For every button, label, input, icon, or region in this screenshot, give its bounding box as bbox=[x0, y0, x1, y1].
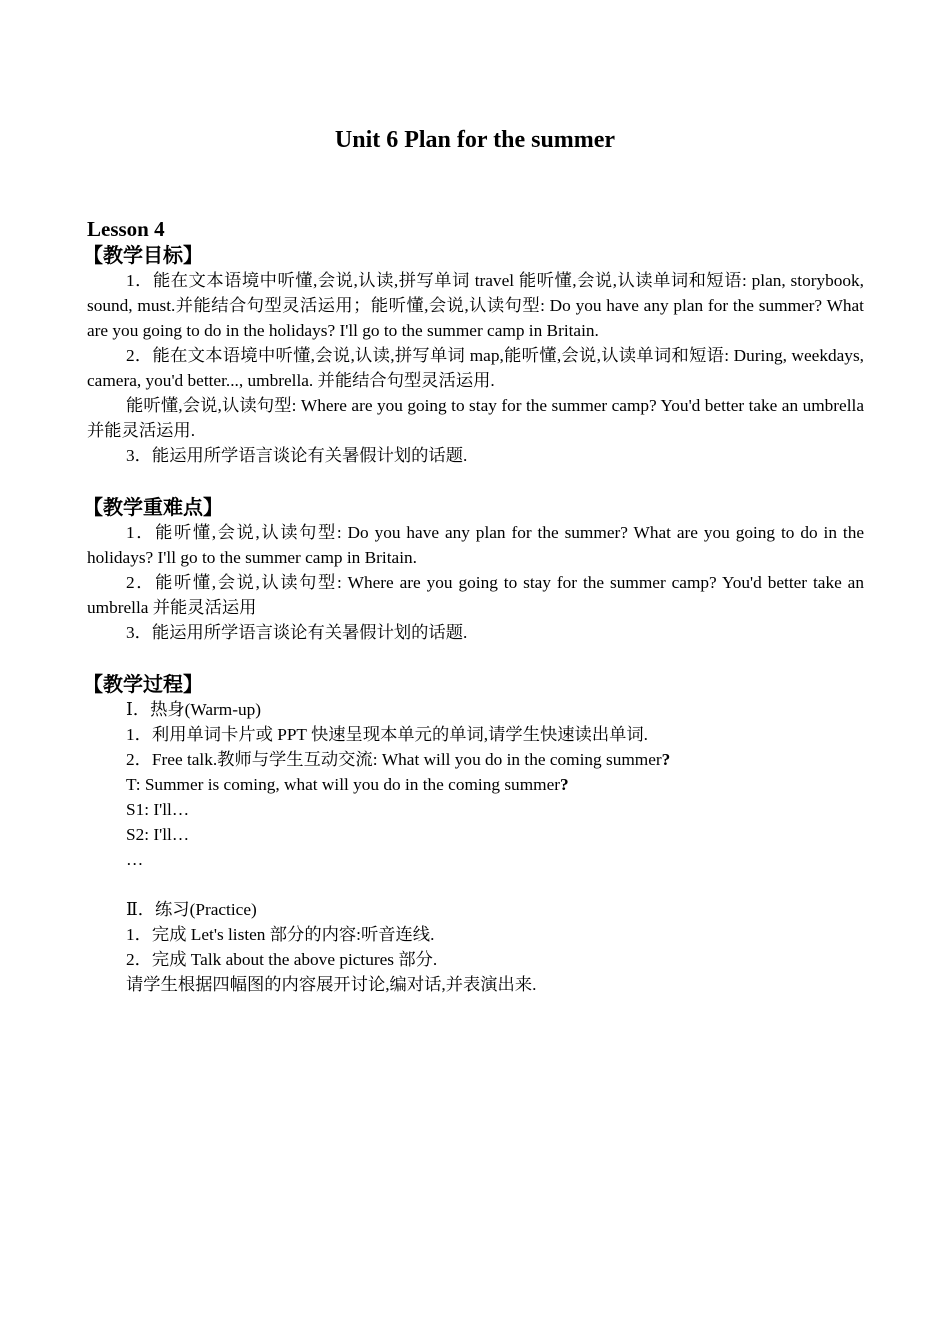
practice-title: Ⅱ．练习(Practice) bbox=[87, 897, 864, 922]
spacer bbox=[87, 468, 864, 494]
document-page: Unit 6 Plan for the summer Lesson 4 【教学目… bbox=[0, 0, 950, 1344]
warmup-step: 1．利用单词卡片或 PPT 快速呈现本单元的单词,请学生快速读出单词. bbox=[87, 722, 864, 747]
document-title: Unit 6 Plan for the summer bbox=[0, 125, 950, 155]
objective-item: 能听懂,会说,认读句型: Where are you going to stay… bbox=[87, 393, 864, 443]
student-line: S2: I'll… bbox=[87, 822, 864, 847]
key-point-item: 1．能听懂,会说,认读句型: Do you have any plan for … bbox=[87, 520, 864, 570]
warmup-title: Ⅰ．热身(Warm-up) bbox=[87, 697, 864, 722]
spacer bbox=[87, 645, 864, 671]
process-heading: 【教学过程】 bbox=[83, 671, 864, 697]
warmup-step-text: 2．Free talk.教师与学生互动交流: What will you do … bbox=[126, 750, 662, 769]
practice-step: 1．完成 Let's listen 部分的内容:听音连线. bbox=[87, 922, 864, 947]
warmup-step: 2．Free talk.教师与学生互动交流: What will you do … bbox=[87, 747, 864, 772]
question-mark: ? bbox=[662, 750, 671, 769]
lesson-heading: Lesson 4 bbox=[87, 216, 864, 242]
document-body: Lesson 4 【教学目标】 1．能在文本语境中听懂,会说,认读,拼写单词 t… bbox=[87, 216, 864, 997]
objective-item: 1．能在文本语境中听懂,会说,认读,拼写单词 travel 能听懂,会说,认读单… bbox=[87, 268, 864, 343]
objective-item: 3．能运用所学语言谈论有关暑假计划的话题. bbox=[87, 443, 864, 468]
teacher-line: T: Summer is coming, what will you do in… bbox=[87, 772, 864, 797]
student-line: S1: I'll… bbox=[87, 797, 864, 822]
key-point-item: 3．能运用所学语言谈论有关暑假计划的话题. bbox=[87, 620, 864, 645]
question-mark: ? bbox=[560, 775, 569, 794]
key-point-item: 2．能听懂,会说,认读句型: Where are you going to st… bbox=[87, 570, 864, 620]
ellipsis-line: … bbox=[87, 847, 864, 872]
teacher-line-text: T: Summer is coming, what will you do in… bbox=[126, 775, 560, 794]
key-points-heading: 【教学重难点】 bbox=[83, 494, 864, 520]
spacer bbox=[87, 872, 864, 897]
practice-step: 请学生根据四幅图的内容展开讨论,编对话,并表演出来. bbox=[87, 972, 864, 997]
objective-item: 2．能在文本语境中听懂,会说,认读,拼写单词 map,能听懂,会说,认读单词和短… bbox=[87, 343, 864, 393]
practice-step: 2．完成 Talk about the above pictures 部分. bbox=[87, 947, 864, 972]
objectives-heading: 【教学目标】 bbox=[83, 242, 864, 268]
